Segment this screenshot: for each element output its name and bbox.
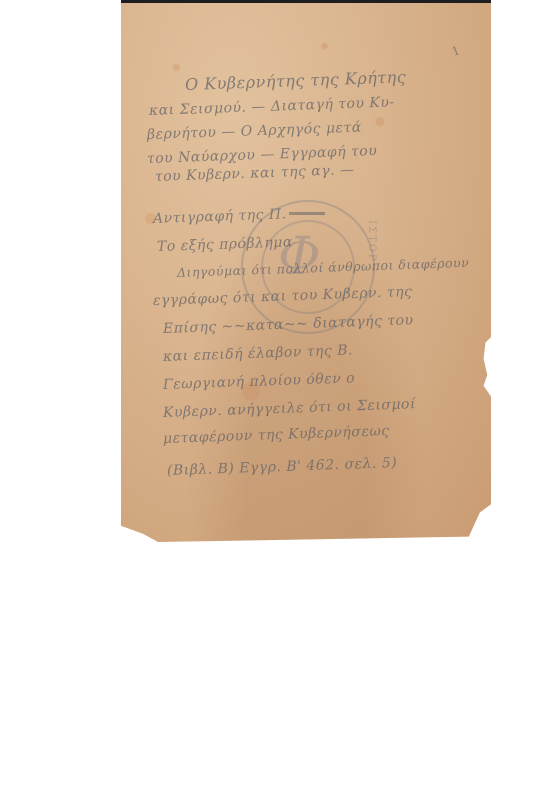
stamp-ring-text: ΙΣΤΟΡ xyxy=(366,220,377,263)
page-number-mark: 1 xyxy=(450,43,462,59)
handwritten-line: βερνήτου — Ο Αρχηγός μετά xyxy=(147,120,362,143)
stamp-bar xyxy=(289,212,325,215)
handwritten-line: και Σεισμού. — Διαταγή του Κυ- xyxy=(149,94,395,119)
handwritten-line-reference: (Βιβλ. Β) Εγγρ. Β' 462. σελ. 5) xyxy=(167,455,398,479)
handwritten-line: Γεωργιανή πλοίου όθεν ο xyxy=(163,370,356,393)
handwritten-line: Κυβερν. ανήγγειλε ότι οι Σεισμοί xyxy=(163,396,417,421)
handwritten-line-title: Ο Κυβερνήτης της Κρήτης xyxy=(185,67,407,94)
scan-top-edge xyxy=(121,0,491,3)
handwritten-line: μεταφέρουν της Κυβερνήσεως xyxy=(163,423,390,447)
manuscript-page: 1 Φ ΙΣΤΟΡ Ο Κυβερνήτης της Κρήτης και Σε… xyxy=(121,3,491,542)
handwritten-line: και επειδή έλαβον της Β. xyxy=(163,342,353,365)
handwritten-line: Επίσης ~~κατα~~ διαταγής του xyxy=(163,312,414,337)
